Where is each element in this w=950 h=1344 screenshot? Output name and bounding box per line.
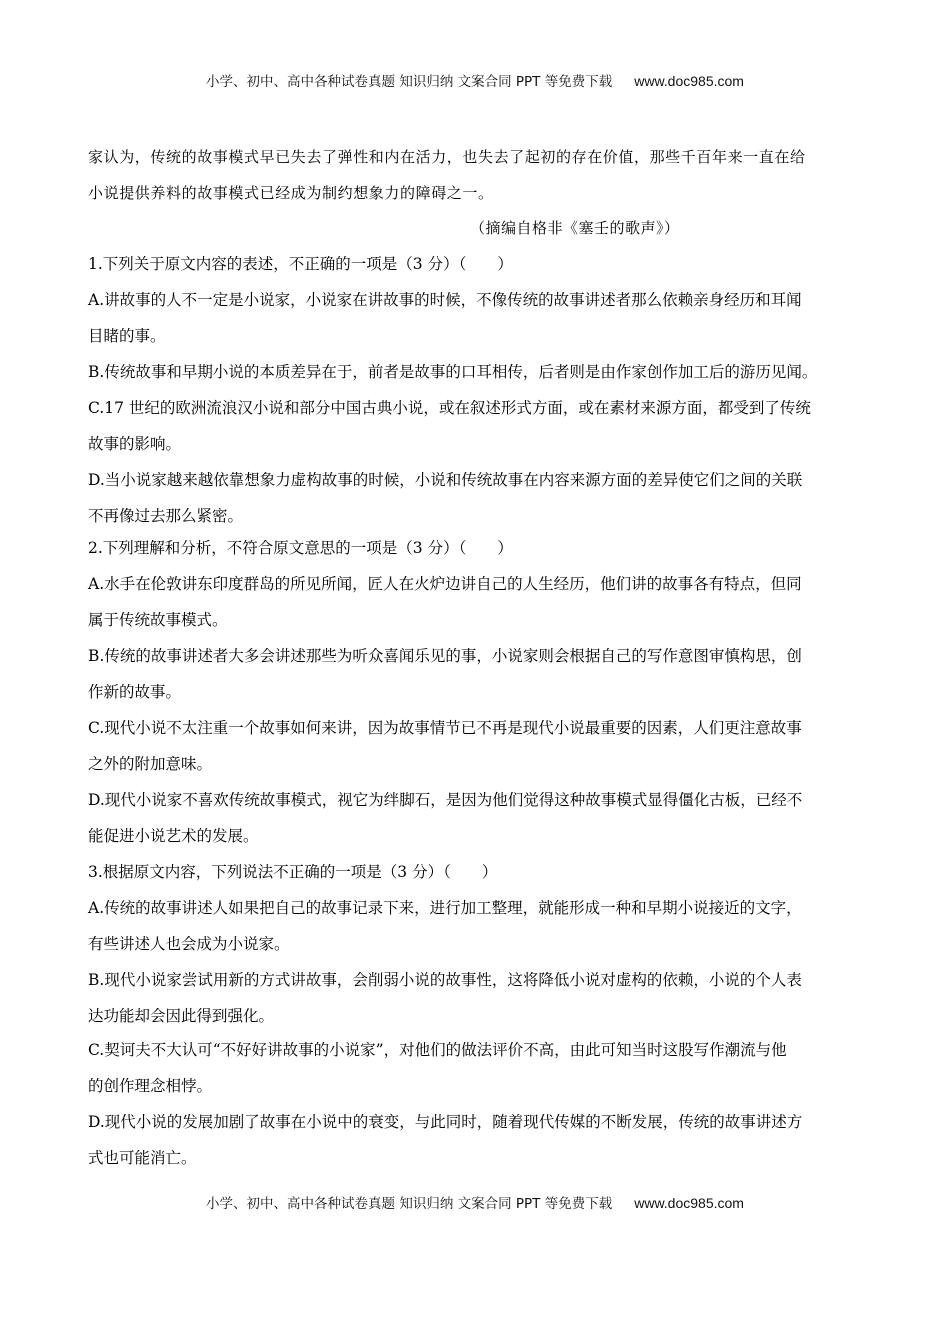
passage-source: （摘编自格非《塞壬的歌声》） [470,218,680,238]
footer-text: 小学、初中、高中各种试卷真题 知识归纳 文案合同 PPT 等免费下载 [206,1196,612,1212]
passage-line: 小说提供养料的故事模式已经成为制约想象力的障碍之一。 [88,183,494,203]
option-a-cont: 目睹的事。 [88,326,166,346]
option-a: A.讲故事的人不一定是小说家，小说家在讲故事的时候，不像传统的故事讲述者那么依赖… [88,290,802,310]
option-c-cont: 故事的影响。 [88,434,181,454]
option-c: C.契诃夫不大认可“不好好讲故事的小说家”，对他们的做法评价不高，由此可知当时这… [88,1040,787,1060]
option-c-cont: 之外的附加意味。 [88,754,212,774]
option-b: B.现代小说家尝试用新的方式讲故事，会削弱小说的故事性，这将降低小说对虚构的依赖… [88,970,802,990]
page-header: 小学、初中、高中各种试卷真题 知识归纳 文案合同 PPT 等免费下载www.do… [0,70,950,90]
header-text: 小学、初中、高中各种试卷真题 知识归纳 文案合同 PPT 等免费下载 [206,74,612,90]
question-stem: 1.下列关于原文内容的表述，不正确的一项是（3 分）（ ） [88,254,513,274]
option-b: B.传统故事和早期小说的本质差异在于，前者是故事的口耳相传，后者则是由作家创作加… [88,362,817,382]
page-footer: 小学、初中、高中各种试卷真题 知识归纳 文案合同 PPT 等免费下载www.do… [0,1192,950,1212]
option-c: C.17 世纪的欧洲流浪汉小说和部分中国古典小说，或在叙述形式方面，或在素材来源… [88,398,811,418]
passage-line: 家认为，传统的故事模式早已失去了弹性和内在活力，也失去了起初的存在价值，那些千百… [88,147,806,167]
option-b-cont: 作新的故事。 [88,682,181,702]
option-a-cont: 有些讲述人也会成为小说家。 [88,934,290,954]
option-d-cont: 不再像过去那么紧密。 [88,506,243,526]
option-d-cont: 式也可能消亡。 [88,1148,197,1168]
option-a-cont: 属于传统故事模式。 [88,610,228,630]
option-a: A.传统的故事讲述人如果把自己的故事记录下来，进行加工整理，就能形成一种和早期小… [88,898,802,918]
option-d: D.现代小说家不喜欢传统故事模式，视它为绊脚石，是因为他们觉得这种故事模式显得僵… [88,790,802,810]
question-stem: 2.下列理解和分析，不符合原文意思的一项是（3 分）（ ） [88,538,513,558]
option-d: D.当小说家越来越依靠想象力虚构故事的时候，小说和传统故事在内容来源方面的差异使… [88,470,802,490]
option-d: D.现代小说的发展加剧了故事在小说中的衰变，与此同时，随着现代传媒的不断发展，传… [88,1112,802,1132]
option-b: B.传统的故事讲述者大多会讲述那些为听众喜闻乐见的事，小说家则会根据自己的写作意… [88,646,802,666]
footer-url: www.doc985.com [634,1195,744,1211]
option-b-cont: 达功能却会因此得到强化。 [88,1006,274,1026]
option-c: C.现代小说不太注重一个故事如何来讲，因为故事情节已不再是现代小说最重要的因素，… [88,718,802,738]
header-url: www.doc985.com [634,73,744,89]
option-c-cont: 的创作理念相悖。 [88,1076,212,1096]
option-d-cont: 能促进小说艺术的发展。 [88,826,259,846]
option-a: A.水手在伦敦讲东印度群岛的所见所闻，匠人在火炉边讲自己的人生经历，他们讲的故事… [88,574,802,594]
question-stem: 3.根据原文内容，下列说法不正确的一项是（3 分）（ ） [88,862,497,882]
